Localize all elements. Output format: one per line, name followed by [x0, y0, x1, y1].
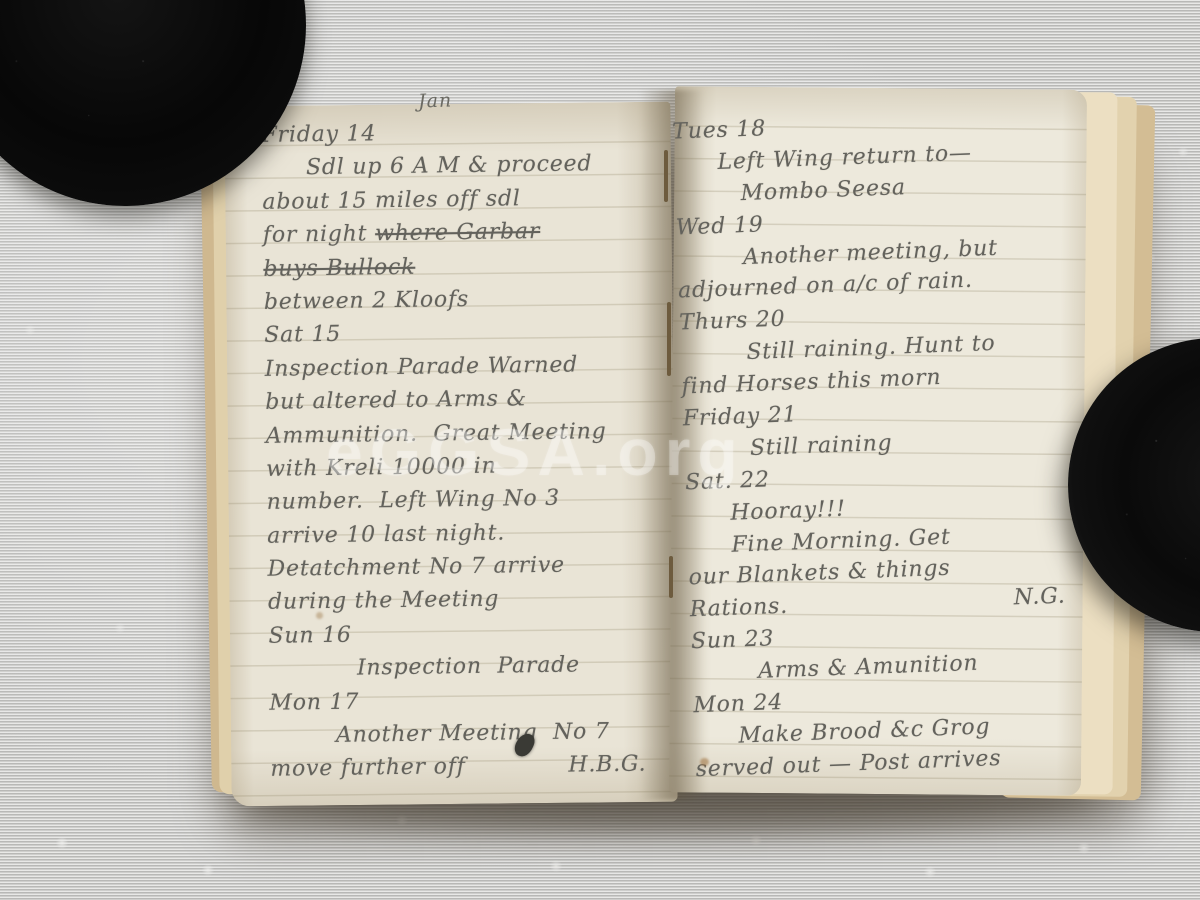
handwritten-text: Sdl up 6 A M & proceed	[306, 152, 593, 181]
handwritten-line: Inspection Parade Warned	[265, 351, 669, 390]
handwritten-line: Sun 16	[268, 618, 672, 657]
handwritten-line: Ammunition. Great Meeting	[266, 418, 670, 457]
handwritten-text: N.G.	[1013, 584, 1066, 611]
handwritten-text: Sat 15	[264, 322, 341, 348]
handwritten-line: arrive 10 last night.	[267, 518, 671, 557]
handwritten-text: Sat. 22	[685, 467, 770, 495]
struck-through-text: where Garbar	[375, 219, 540, 246]
handwritten-text: Sun 16	[268, 623, 352, 649]
handwritten-text: Friday 14	[261, 121, 376, 148]
handwritten-text: arrive 10 last night.	[267, 520, 505, 548]
handwritten-text: Tues 18	[672, 116, 767, 144]
handwritten-line: Mon 17	[269, 685, 673, 724]
handwritten-line: but altered to Arms &	[265, 384, 669, 423]
handwritten-line: Sdl up 6 A M & proceed	[262, 151, 666, 190]
foxing-spot	[700, 758, 709, 766]
foxing-spot	[316, 612, 323, 619]
left-page-handwriting: Friday 14Sdl up 6 A M & proceedabout 15 …	[261, 117, 674, 790]
month-header: Jan	[418, 89, 453, 112]
handwritten-line: between 2 Kloofs	[264, 284, 668, 323]
handwritten-text: H.B.G.	[568, 752, 646, 778]
right-page-handwriting: Tues 18Left Wing return to—Mombo SeesaWe…	[672, 105, 1100, 789]
handwritten-text: number. Left Wing No 3	[266, 486, 560, 515]
handwritten-text: Thurs 20	[679, 307, 786, 336]
struck-through-text: buys Bullock	[263, 254, 415, 281]
handwritten-text: but altered to Arms &	[265, 386, 527, 415]
handwritten-line: Sat 15	[264, 318, 668, 357]
handwritten-line: Inspection Parade	[269, 651, 673, 690]
handwritten-text: Sun 23	[691, 626, 775, 654]
handwritten-text: Mon 24	[693, 690, 784, 718]
handwritten-line: Friday 14	[261, 117, 665, 156]
handwritten-line: move further offH.B.G.	[270, 752, 674, 791]
handwritten-text: Rations.	[689, 594, 788, 623]
handwritten-line: during the Meeting	[268, 585, 672, 624]
handwritten-line: for night where Garbar	[263, 217, 667, 256]
handwritten-text: Mombo Seesa	[740, 175, 906, 206]
handwritten-text: during the Meeting	[268, 587, 499, 615]
handwritten-line: Another Meeting No 7	[270, 718, 674, 757]
handwritten-text: about 15 miles off sdl	[262, 186, 521, 215]
handwritten-line: about 15 miles off sdl	[262, 184, 666, 223]
handwritten-text: move further off	[270, 754, 466, 782]
handwritten-text: for night	[263, 221, 376, 248]
handwritten-line: number. Left Wing No 3	[266, 484, 670, 523]
handwritten-line: with Kreli 10000 in	[266, 451, 670, 490]
handwritten-line: Detatchment No 7 arrive	[267, 551, 671, 590]
handwritten-text: Inspection Parade	[357, 653, 580, 681]
handwritten-text: Ammunition. Great Meeting	[266, 419, 607, 449]
handwritten-text: Friday 21	[682, 402, 797, 431]
handwritten-text: Hooray!!!	[730, 496, 846, 525]
handwritten-text: between 2 Kloofs	[264, 287, 470, 315]
handwritten-line: buys Bullock	[263, 251, 667, 290]
photo-of-open-diary: Jan Friday 14Sdl up 6 A M & proceedabout…	[0, 0, 1200, 900]
handwritten-text: Wed 19	[675, 212, 764, 240]
handwritten-text: Inspection Parade Warned	[265, 352, 579, 381]
handwritten-text: Mon 17	[269, 689, 359, 715]
handwritten-text: with Kreli 10000 in	[266, 454, 497, 482]
handwritten-text: Another Meeting No 7	[336, 719, 610, 748]
handwritten-text: Detatchment No 7 arrive	[267, 553, 565, 582]
handwritten-text: Still raining	[750, 431, 893, 461]
